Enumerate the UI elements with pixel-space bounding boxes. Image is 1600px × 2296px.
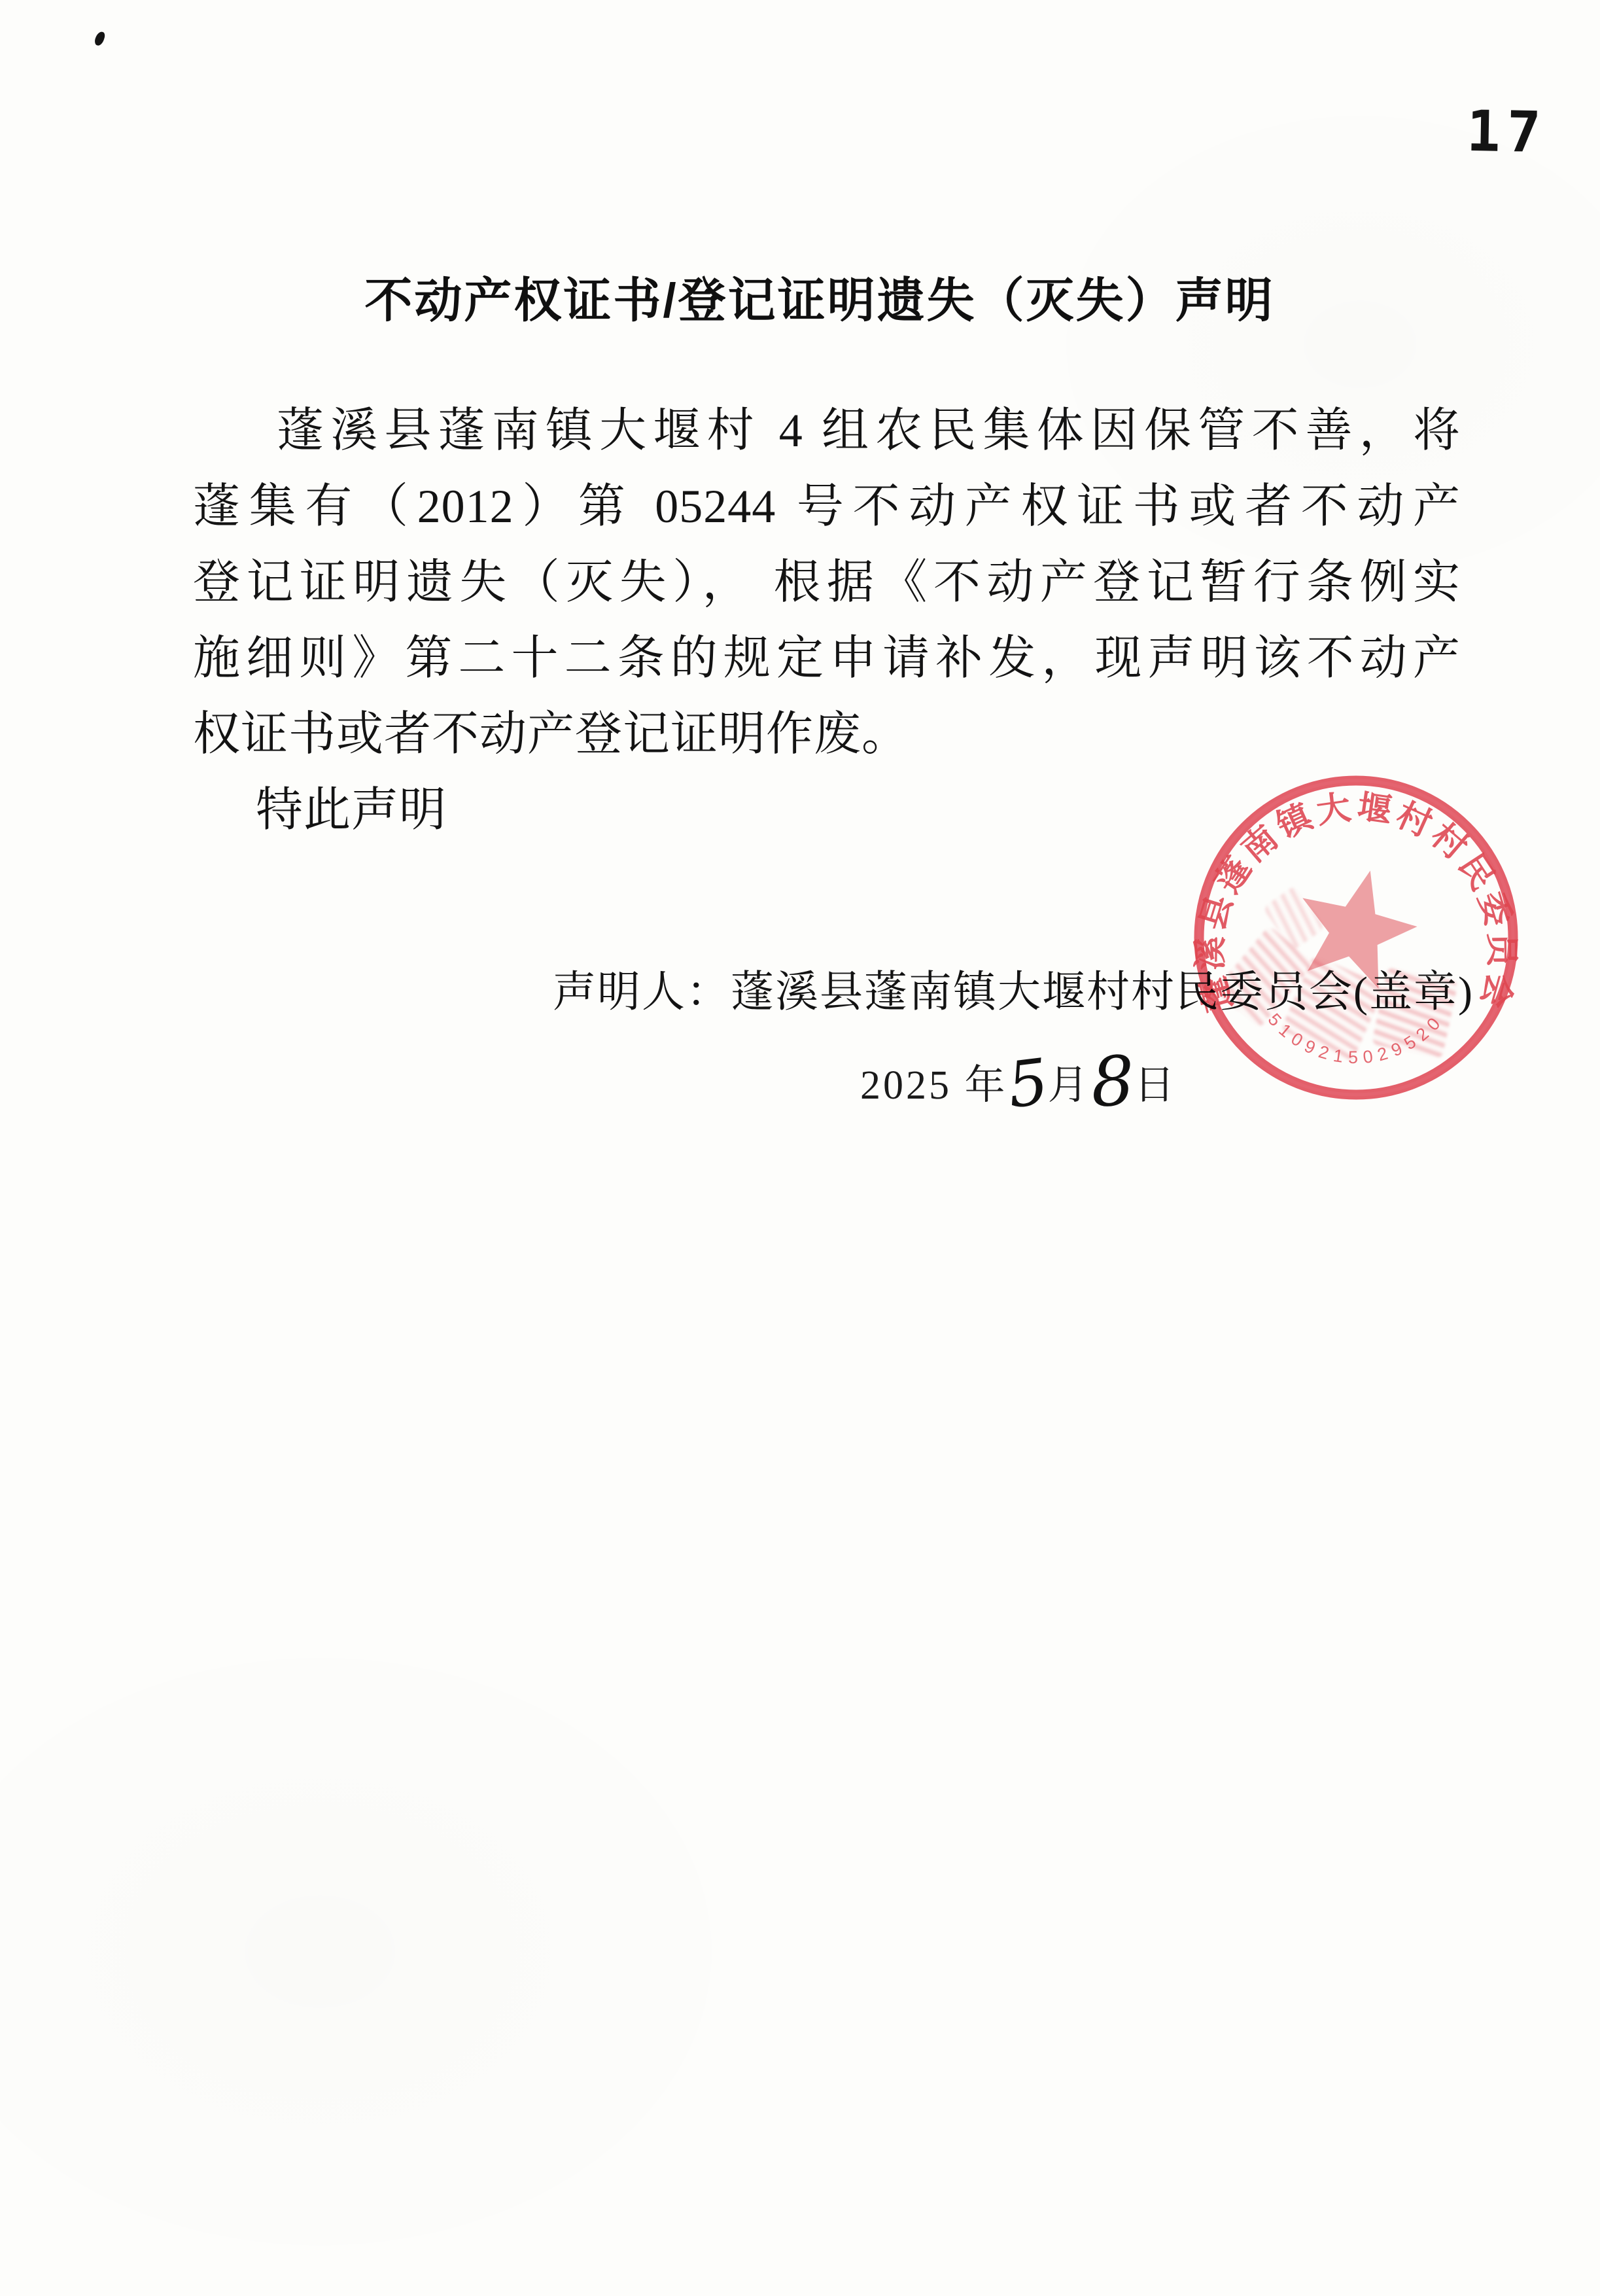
body-line: 登记证明遗失（灭失）， 根据《不动产登记暂行条例实 [193,544,1461,620]
date-month-handwritten: 5 [1008,1081,1048,1086]
seal-graphic: 蓬溪县蓬南镇大堰村村民委员会 5109215029520 [1189,771,1523,1104]
date-day-label: 日 [1134,1063,1177,1108]
date-year: 2025 [860,1063,952,1108]
date-day-handwritten: 8 [1091,1080,1134,1082]
body-line: 蓬溪县蓬南镇大堰村 4 组农民集体因保管不善，将 [193,393,1461,468]
date-year-label: 年 [965,1063,1008,1108]
date-line: 2025 年5月8日 [860,1052,1187,1110]
body-line: 权证书或者不动产登记证明作废。 [193,696,1461,772]
body-line: 蓬集有（2012）第 05244 号不动产权证书或者不动产 [193,468,1461,544]
ink-speck [94,31,106,47]
body-line: 施细则》第二十二条的规定申请补发，现声明该不动产 [193,620,1461,696]
document-title: 不动产权证书/登记证明遗失（灭失）声明 [0,262,1600,330]
page-number: 17 [1466,99,1548,166]
official-seal: 蓬溪县蓬南镇大堰村村民委员会 5109215029520 [1189,771,1523,1104]
scanned-document-page: 17 不动产权证书/登记证明遗失（灭失）声明 蓬溪县蓬南镇大堰村 4 组农民集体… [0,0,1600,2296]
date-month-label: 月 [1048,1063,1091,1108]
